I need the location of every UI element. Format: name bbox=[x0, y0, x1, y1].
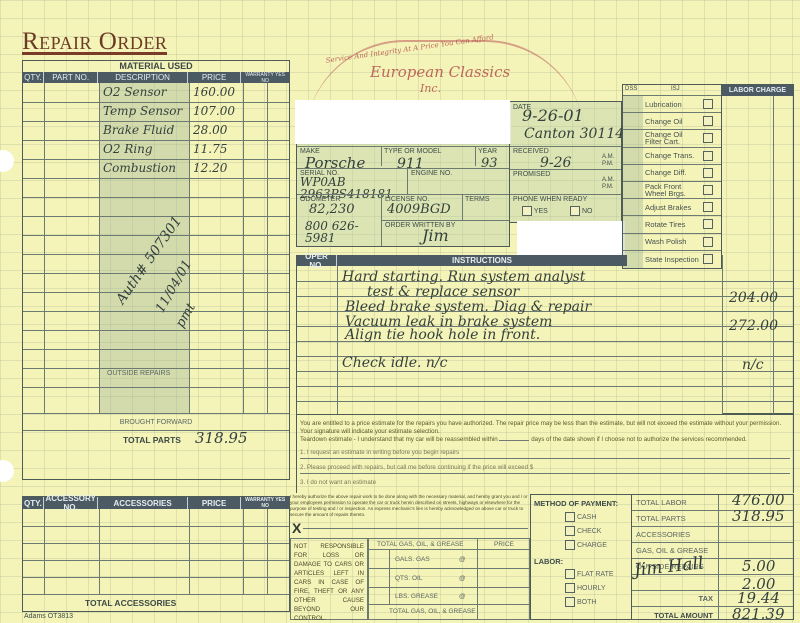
service-rotate-tires[interactable]: Rotate Tires bbox=[623, 216, 721, 233]
disclaimer-text: NOT RESPONSIBLE FOR LOSS OR DAMAGE TO CA… bbox=[294, 543, 364, 622]
gas-oil-table: TOTAL GAS, OIL, & GREASE PRICE GALS. GAS… bbox=[368, 538, 530, 620]
total-accessories-row: TOTAL ACCESSORIES bbox=[23, 594, 289, 611]
accessory-rows bbox=[23, 509, 289, 594]
gas-oil-price-label: PRICE bbox=[494, 541, 514, 548]
redacted-contact-info bbox=[517, 221, 625, 255]
isj-label: ISJ bbox=[671, 86, 680, 92]
part-description: Combustion bbox=[103, 161, 176, 175]
part-price: 12.20 bbox=[193, 161, 227, 175]
col-qty: QTY. bbox=[23, 72, 44, 83]
instructions-header: OPER NO. INSTRUCTIONS bbox=[297, 255, 627, 266]
redacted-customer-info bbox=[295, 100, 511, 144]
total-parts-value: 318.95 bbox=[195, 429, 248, 447]
oper-no-label: OPER NO. bbox=[297, 255, 337, 266]
payment-charge[interactable]: CHARGE bbox=[531, 540, 631, 554]
hourly-checkbox[interactable] bbox=[565, 583, 575, 593]
material-rows: O2 Sensor 160.00 Temp Sensor 107.00 Brak… bbox=[23, 83, 289, 413]
authorization-text: I hereby authorize the above repair work… bbox=[290, 494, 530, 518]
instructions-section: OPER NO. INSTRUCTIONS Hard starting. Run… bbox=[296, 255, 794, 415]
teardown-estimate: Teardown estimate - I understand that my… bbox=[300, 436, 790, 444]
checkbox[interactable] bbox=[703, 202, 713, 212]
instruction-line: test & replace sensor bbox=[367, 284, 519, 300]
method-of-payment-label: METHOD OF PAYMENT: bbox=[531, 495, 631, 512]
estimate-option-1[interactable]: 1. I request an estimate in writing befo… bbox=[300, 449, 790, 459]
service-lubrication[interactable]: Lubrication bbox=[623, 96, 721, 113]
material-header-row: QTY. PART NO. DESCRIPTION PRICE WARRANTY… bbox=[23, 72, 289, 83]
year-label: YEAR bbox=[478, 148, 497, 155]
labor-type-label: LABOR: bbox=[531, 554, 631, 569]
phone-ready-yes[interactable]: YES bbox=[522, 206, 548, 216]
gas-oil-header-label: TOTAL GAS, OIL, & GREASE bbox=[377, 541, 464, 548]
col-warranty: WARRANTY YES NO bbox=[241, 72, 289, 83]
received-label: RECEIVED bbox=[513, 148, 549, 155]
engine-label: ENGINE NO. bbox=[411, 170, 452, 177]
instruction-charge: 204.00 bbox=[729, 290, 778, 306]
service-change-diff[interactable]: Change Diff. bbox=[623, 165, 721, 182]
stamp-company-suffix: Inc. bbox=[420, 82, 441, 95]
yes-checkbox[interactable] bbox=[522, 206, 532, 216]
checkbox[interactable] bbox=[703, 133, 713, 143]
no-checkbox[interactable] bbox=[570, 206, 580, 216]
payment-method-box: METHOD OF PAYMENT: CASH CHECK CHARGE LAB… bbox=[530, 494, 632, 620]
instruction-charge: 272.00 bbox=[729, 318, 778, 334]
order-written-by-value: Jim bbox=[422, 226, 449, 245]
promised-am: A.M. bbox=[602, 177, 614, 183]
phone-ready-no[interactable]: NO bbox=[570, 206, 592, 216]
service-change-oil-filter[interactable]: Change Oil Filter Cart. bbox=[623, 130, 721, 147]
vehicle-info-box: MAKE Porsche TYPE OR MODEL 911 YEAR 93 S… bbox=[296, 101, 510, 247]
grease-row: LBS. GREASE @ bbox=[369, 588, 529, 605]
promised-label: PROMISED bbox=[513, 171, 550, 178]
brought-forward-label: BROUGHT FORWARD bbox=[120, 419, 193, 426]
total-amount-value: 821.39 bbox=[732, 605, 785, 623]
payment-cash[interactable]: CASH bbox=[531, 512, 631, 526]
service-change-oil[interactable]: Change Oil bbox=[623, 113, 721, 130]
part-price: 107.00 bbox=[193, 104, 235, 118]
labor-flat-rate[interactable]: FLAT RATE bbox=[531, 569, 631, 583]
signature-x-mark: X bbox=[292, 520, 301, 536]
totals-box: TOTAL LABOR TOTAL PARTS ACCESSORIES GAS,… bbox=[632, 494, 794, 620]
dss-label: DSS bbox=[625, 86, 637, 92]
gas-row: GALS. GAS @ bbox=[369, 550, 529, 569]
date-box: DATE 9-26-01 Canton 30114 RECEIVED 9-26 … bbox=[510, 101, 622, 223]
estimate-option-3[interactable]: 3. I do not want an estimate bbox=[300, 479, 790, 488]
checkbox[interactable] bbox=[703, 219, 713, 229]
material-used-section: MATERIAL USED QTY. PART NO. DESCRIPTION … bbox=[22, 60, 290, 480]
total-parts-label: TOTAL PARTS bbox=[123, 435, 181, 445]
service-adjust-brakes[interactable]: Adjust Brakes bbox=[623, 199, 721, 216]
phone-when-ready-label: PHONE WHEN READY bbox=[513, 196, 587, 203]
teardown-days-field[interactable] bbox=[499, 440, 529, 441]
accessories-row: ACCESSORIES bbox=[632, 527, 793, 543]
check-checkbox[interactable] bbox=[565, 526, 575, 536]
accessories-header-row: QTY. ACCESSORY NO. ACCESSORIES PRICE WAR… bbox=[23, 497, 289, 509]
col-accessories: ACCESSORIES bbox=[98, 497, 187, 509]
odometer-value: 82,230 bbox=[309, 202, 355, 217]
part-price: 28.00 bbox=[193, 123, 227, 137]
gas-oil-total-row: TOTAL GAS, OIL, & GREASE bbox=[369, 605, 529, 619]
terms-label: TERMS bbox=[465, 196, 490, 203]
total-parts-value: 318.95 bbox=[732, 507, 785, 525]
license-value: 4009BGD bbox=[387, 202, 451, 217]
gas-oil-header: TOTAL GAS, OIL, & GREASE PRICE bbox=[369, 539, 529, 550]
col-accessory-no: ACCESSORY NO. bbox=[44, 497, 99, 509]
brought-forward-row: BROUGHT FORWARD bbox=[23, 413, 289, 430]
service-wash-polish[interactable]: Wash Polish bbox=[623, 234, 721, 251]
checkbox[interactable] bbox=[703, 151, 713, 161]
both-checkbox[interactable] bbox=[565, 597, 575, 607]
col-price: PRICE bbox=[188, 72, 242, 83]
payment-check[interactable]: CHECK bbox=[531, 526, 631, 540]
labor-hourly[interactable]: HOURLY bbox=[531, 583, 631, 597]
total-parts-row: TOTAL PARTS 318.95 bbox=[23, 430, 289, 448]
title-underline bbox=[22, 52, 167, 55]
model-label: TYPE OR MODEL bbox=[384, 148, 442, 155]
part-price: 160.00 bbox=[193, 85, 235, 99]
checkbox[interactable] bbox=[703, 168, 713, 178]
part-description: Brake Fluid bbox=[103, 123, 174, 137]
phone-value: 800 626-5981 bbox=[305, 220, 375, 244]
checkbox[interactable] bbox=[703, 99, 713, 109]
instruction-charge: n/c bbox=[742, 357, 764, 373]
part-description: Temp Sensor bbox=[103, 104, 182, 118]
col-qty: QTY. bbox=[23, 497, 44, 509]
checkbox[interactable] bbox=[703, 116, 713, 126]
services-checklist: DSS ISJ Lubrication Change Oil Change Oi… bbox=[622, 84, 722, 269]
labor-charge-header: LABOR CHARGE bbox=[722, 85, 793, 96]
estimate-option-2[interactable]: 2. Please proceed with repairs, but call… bbox=[300, 464, 790, 474]
instructions-label: INSTRUCTIONS bbox=[337, 255, 627, 266]
outside-repairs-value: 5.00 bbox=[742, 557, 775, 575]
form-brand-footer: Adams OT3813 bbox=[24, 613, 73, 620]
col-description: DESCRIPTION bbox=[98, 72, 187, 83]
part-description: O2 Ring bbox=[103, 142, 153, 156]
estimate-notice: You are entitled to a price estimate for… bbox=[300, 420, 790, 436]
accessories-section: QTY. ACCESSORY NO. ACCESSORIES PRICE WAR… bbox=[22, 496, 290, 612]
total-accessories-label: TOTAL ACCESSORIES bbox=[85, 598, 176, 608]
service-change-trans[interactable]: Change Trans. bbox=[623, 148, 721, 165]
signature-line[interactable] bbox=[303, 528, 528, 529]
flat-rate-checkbox[interactable] bbox=[565, 569, 575, 579]
cash-checkbox[interactable] bbox=[565, 512, 575, 522]
charge-checkbox[interactable] bbox=[565, 540, 575, 550]
stamp-company-name: European Classics bbox=[370, 63, 510, 81]
instruction-line: Hard starting. Run system analyst bbox=[342, 269, 585, 285]
part-description: O2 Sensor bbox=[103, 85, 166, 99]
instruction-line: Align tie hook hole in front. bbox=[345, 327, 540, 343]
estimate-section: You are entitled to a price estimate for… bbox=[296, 415, 794, 493]
services-header: DSS ISJ bbox=[623, 85, 721, 96]
received-pm: P.M. bbox=[602, 161, 614, 167]
date-value: 9-26-01 bbox=[522, 106, 584, 125]
service-pack-wheel-brgs[interactable]: Pack Front Wheel Brgs. bbox=[623, 182, 721, 199]
instruction-line: Bleed brake system. Diag & repair bbox=[345, 299, 591, 315]
promised-pm: P.M. bbox=[602, 184, 614, 190]
oil-row: QTS. OIL @ bbox=[369, 569, 529, 588]
part-price: 11.75 bbox=[193, 142, 227, 156]
col-warranty: WARRANTY YES NO bbox=[241, 497, 289, 509]
received-am: A.M. bbox=[602, 154, 614, 160]
instruction-line: Check idle. n/c bbox=[342, 355, 447, 371]
col-price: PRICE bbox=[188, 497, 242, 509]
disclaimer-box: NOT RESPONSIBLE FOR LOSS OR DAMAGE TO CA… bbox=[290, 538, 368, 620]
outside-repairs-label: OUTSIDE REPAIRS bbox=[107, 370, 170, 377]
location-note: Canton 30114 bbox=[524, 126, 624, 142]
labor-both[interactable]: BOTH bbox=[531, 597, 631, 611]
material-used-title: MATERIAL USED bbox=[23, 61, 289, 72]
checkbox[interactable] bbox=[703, 185, 713, 195]
checkbox[interactable] bbox=[703, 237, 713, 247]
col-part-no: PART NO. bbox=[44, 72, 99, 83]
